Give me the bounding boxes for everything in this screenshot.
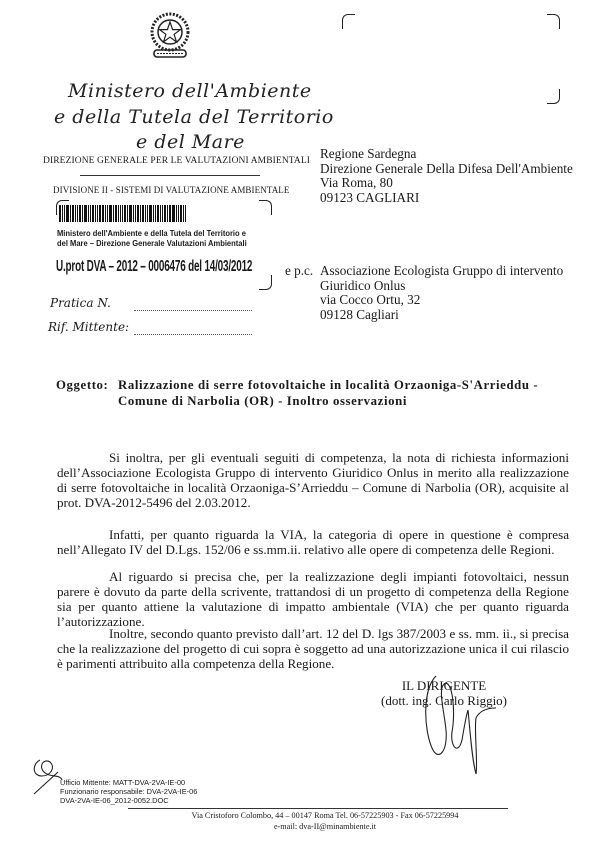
stamp-issuer-line1: Ministero dell'Ambiente e della Tutela d…	[57, 228, 246, 238]
stamp-corner-bottom-right	[259, 275, 272, 290]
recipient-line: Direzione Generale Della Difesa Dell'Amb…	[320, 162, 573, 177]
subject-line1: Ralizzazione di serre fotovoltaiche in l…	[118, 377, 538, 393]
cc-line: Associazione Ecologista Gruppo di interv…	[320, 264, 563, 279]
directorate-name: DIREZIONE GENERALE PER LE VALUTAZIONI AM…	[43, 156, 310, 166]
emblem-icon	[148, 10, 192, 62]
paragraph-text: Inoltre, secondo quanto previsto dall’ar…	[57, 626, 569, 671]
ministry-name-line3: e del Mare	[136, 131, 245, 153]
pratica-field	[134, 309, 252, 311]
address-window-marks	[342, 14, 560, 104]
footer-address: Via Cristoforo Colombo, 44 – 00147 Roma …	[130, 810, 520, 821]
subject-line2: Comune di Narbolia (OR) - Inoltro osserv…	[118, 393, 407, 409]
subject-label: Oggetto:	[56, 377, 108, 393]
recipient-line: Regione Sardegna	[320, 147, 573, 162]
ministry-name-line1: Ministero dell'Ambiente	[68, 80, 312, 102]
rif-mittente-label: Rif. Mittente:	[48, 320, 129, 334]
footer-email: e-mail: dva-II@minambiente.it	[130, 821, 520, 832]
signature-icon	[418, 670, 498, 780]
stamp-corner-top-right	[259, 200, 272, 215]
letterhead-divider	[80, 175, 260, 176]
footnote: Ufficio Mittente: MATT-DVA-2VA-IE-00 Fun…	[60, 778, 197, 805]
paragraph-text: Infatti, per quanto riguarda la VIA, la …	[57, 527, 569, 557]
ministry-name-line2: e della Tutela del Territorio	[54, 106, 334, 128]
footnote-office: Ufficio Mittente: MATT-DVA-2VA-IE-00	[60, 778, 197, 787]
protocol-barcode	[59, 205, 219, 222]
recipient-cc: Associazione Ecologista Gruppo di interv…	[320, 264, 563, 322]
body-paragraph-4: Inoltre, secondo quanto previsto dall’ar…	[57, 626, 569, 671]
cc-line: 09128 Cagliari	[320, 308, 563, 323]
footnote-filename: DVA-2VA-IE-06_2012-0052.DOC	[60, 796, 197, 805]
body-paragraph-3: Al riguardo si precisa che, per la reali…	[57, 569, 569, 629]
cc-label: e p.c.	[285, 264, 313, 279]
body-paragraph-1: Si inoltra, per gli eventuali seguiti di…	[57, 450, 569, 510]
protocol-number: U.prot DVA – 2012 – 0006476 del 14/03/20…	[56, 258, 252, 276]
recipient-line: 09123 CAGLIARI	[320, 191, 573, 206]
corner-mark-top-right	[547, 14, 560, 29]
cc-line: Giuridico Onlus	[320, 279, 563, 294]
cc-line: via Cocco Ortu, 32	[320, 293, 563, 308]
paragraph-text: Si inoltra, per gli eventuali seguiti di…	[57, 450, 569, 510]
recipient-line: Via Roma, 80	[320, 176, 573, 191]
corner-mark-bottom-right	[547, 89, 560, 104]
stamp-issuer-line2: del Mare – Direzione Generale Valutazion…	[57, 238, 247, 248]
pratica-label: Pratica N.	[50, 296, 111, 310]
footer-divider	[128, 808, 508, 809]
recipient-primary: Regione Sardegna Direzione Generale Dell…	[320, 147, 573, 205]
paragraph-text: Al riguardo si precisa che, per la reali…	[57, 569, 569, 629]
footnote-officer: Funzionario responsabile: DVA-2VA-IE-06	[60, 787, 197, 796]
division-name: DIVISIONE II - SISTEMI DI VALUTAZIONE AM…	[53, 185, 290, 195]
rif-mittente-field	[134, 333, 252, 335]
body-paragraph-2: Infatti, per quanto riguarda la VIA, la …	[57, 527, 569, 557]
corner-mark-top-left	[342, 14, 355, 29]
